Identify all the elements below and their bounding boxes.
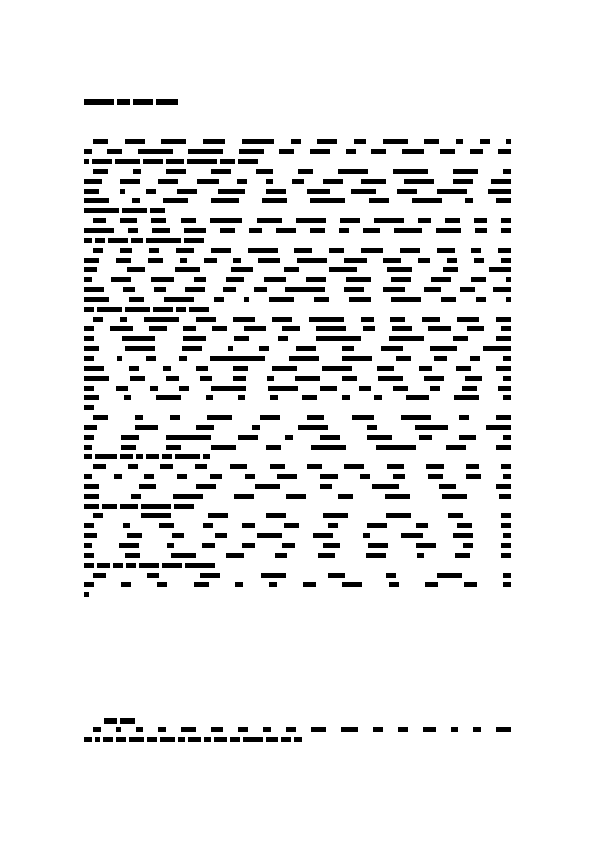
greeked-word	[189, 307, 209, 312]
greeked-word	[338, 169, 368, 174]
greeked-word	[136, 454, 144, 459]
text-line	[84, 157, 511, 167]
greeked-word	[120, 189, 125, 194]
greeked-word	[474, 258, 484, 263]
greeked-word	[269, 297, 294, 302]
greeked-word	[430, 346, 458, 351]
greeked-word	[252, 425, 260, 430]
greeked-word	[323, 513, 348, 518]
greeked-word	[270, 464, 285, 469]
greeked-word	[180, 258, 188, 263]
greeked-word	[84, 386, 94, 391]
greeked-word	[120, 248, 133, 253]
text-line	[84, 501, 511, 511]
greeked-word	[446, 445, 466, 450]
greeked-word	[184, 228, 207, 233]
greeked-word	[442, 494, 467, 499]
body-paragraph: [illegible paragraph 1]	[84, 137, 511, 167]
greeked-word	[372, 484, 400, 489]
greeked-word	[188, 737, 201, 742]
greeked-word	[359, 386, 372, 391]
greeked-word	[218, 189, 246, 194]
greeked-word	[84, 326, 94, 331]
greeked-word	[242, 543, 255, 548]
notes-paragraph: [illegible notes paragraph]	[84, 725, 511, 745]
greeked-word	[471, 277, 486, 282]
greeked-word	[473, 727, 481, 732]
greeked-word	[163, 198, 188, 203]
greeked-word	[84, 563, 94, 568]
greeked-word	[84, 366, 104, 371]
greeked-word	[160, 737, 175, 742]
greeked-word	[342, 582, 362, 587]
greeked-word	[211, 248, 231, 253]
greeked-word	[160, 464, 173, 469]
greeked-word	[424, 139, 439, 144]
greeked-word	[286, 727, 296, 732]
greeked-word	[289, 356, 319, 361]
greeked-word	[398, 727, 408, 732]
greeked-word	[313, 533, 333, 538]
greeked-word	[242, 523, 255, 528]
greeked-word	[436, 228, 461, 233]
greeked-word	[298, 425, 328, 430]
greeked-word	[249, 228, 262, 233]
greeked-word	[123, 523, 131, 528]
greeked-word	[237, 179, 247, 184]
greeked-word	[451, 727, 459, 732]
greeked-word	[84, 553, 94, 558]
greeked-word	[376, 445, 416, 450]
greeked-word	[183, 326, 196, 331]
greeked-word	[453, 169, 478, 174]
greeked-word	[181, 218, 196, 223]
greeked-word	[84, 267, 97, 272]
greeked-word	[230, 464, 248, 469]
greeked-word	[170, 415, 180, 420]
greeked-word	[371, 149, 386, 154]
greeked-word	[220, 159, 235, 164]
greeked-word	[501, 258, 511, 263]
greeked-word	[95, 454, 118, 459]
greeked-word	[439, 484, 457, 489]
greeked-word	[373, 727, 383, 732]
greeked-word	[275, 553, 288, 558]
greeked-word	[486, 425, 511, 430]
greeked-word	[498, 386, 511, 391]
greeked-word	[311, 727, 326, 732]
greeked-word	[149, 248, 159, 253]
greeked-word	[158, 727, 166, 732]
greeked-word	[501, 464, 511, 469]
greeked-word	[296, 346, 316, 351]
greeked-word	[506, 139, 511, 144]
greeked-word	[491, 179, 511, 184]
text-line	[84, 560, 511, 570]
greeked-word	[130, 376, 145, 381]
text-line	[84, 521, 511, 531]
greeked-word	[470, 356, 480, 361]
greeked-word	[162, 563, 182, 568]
greeked-word	[128, 464, 138, 469]
greeked-word	[175, 454, 200, 459]
greeked-word	[390, 317, 405, 322]
greeked-word	[211, 386, 246, 391]
text-line	[84, 590, 511, 600]
greeked-word	[272, 366, 297, 371]
greeked-word	[503, 376, 511, 381]
greeked-word	[266, 189, 286, 194]
greeked-word	[393, 169, 428, 174]
greeked-word	[455, 553, 470, 558]
greeked-word	[296, 218, 326, 223]
greeked-word	[338, 494, 353, 499]
greeked-word	[147, 573, 160, 578]
greeked-word	[233, 317, 256, 322]
greeked-word	[202, 543, 215, 548]
greeked-word	[431, 277, 451, 282]
greeked-word	[294, 248, 312, 253]
greeked-word	[181, 727, 196, 732]
greeked-word	[294, 737, 302, 742]
greeked-word	[344, 258, 367, 263]
greeked-word	[104, 718, 117, 724]
greeked-word	[248, 248, 278, 253]
greeked-word	[424, 376, 444, 381]
greeked-word	[499, 494, 512, 499]
greeked-word	[322, 366, 352, 371]
greeked-word	[125, 346, 155, 351]
greeked-word	[138, 149, 173, 154]
greeked-word	[84, 435, 94, 440]
greeked-word	[116, 386, 129, 391]
greeked-word	[361, 317, 374, 322]
greeked-word	[146, 189, 156, 194]
greeked-word	[456, 366, 471, 371]
greeked-word	[474, 218, 487, 223]
greeked-word	[147, 737, 157, 742]
greeked-word	[501, 513, 511, 518]
greeked-word	[172, 533, 185, 538]
greeked-word	[496, 198, 511, 203]
greeked-word	[363, 228, 381, 233]
greeked-word	[378, 376, 403, 381]
greeked-word	[93, 317, 103, 322]
greeked-word	[177, 474, 187, 479]
greeked-word	[143, 159, 163, 164]
greeked-word	[425, 582, 438, 587]
greeked-word	[453, 336, 468, 341]
greeked-word	[239, 149, 264, 154]
text-line	[84, 167, 511, 177]
greeked-word	[363, 533, 371, 538]
text-line	[84, 735, 511, 745]
text-line	[84, 324, 511, 334]
greeked-word	[311, 445, 346, 450]
greeked-word	[116, 258, 131, 263]
greeked-word	[361, 179, 386, 184]
greeked-word	[175, 267, 200, 272]
text-line	[84, 442, 511, 452]
greeked-word	[263, 727, 271, 732]
greeked-word	[103, 737, 113, 742]
greeked-word	[320, 386, 338, 391]
greeked-word	[184, 238, 204, 243]
greeked-word	[340, 218, 360, 223]
greeked-word	[298, 169, 313, 174]
greeked-word	[84, 405, 94, 410]
greeked-word	[233, 258, 241, 263]
greeked-word	[242, 139, 275, 144]
greeked-word	[266, 513, 286, 518]
greeked-word	[266, 179, 274, 184]
greeked-word	[501, 523, 511, 528]
greeked-word	[133, 99, 153, 105]
greeked-word	[226, 277, 244, 282]
greeked-word	[416, 523, 429, 528]
greeked-word	[303, 582, 316, 587]
greeked-word	[95, 238, 105, 243]
greeked-word	[187, 159, 217, 164]
greeked-word	[318, 553, 336, 558]
greeked-word	[342, 395, 350, 400]
greeked-word	[480, 139, 490, 144]
greeked-word	[437, 189, 467, 194]
greeked-word	[354, 139, 367, 144]
text-line	[84, 275, 511, 285]
greeked-word	[111, 277, 131, 282]
greeked-word	[84, 592, 89, 597]
greeked-word	[316, 336, 361, 341]
greeked-word	[428, 326, 451, 331]
greeked-word	[84, 238, 92, 243]
greeked-word	[150, 208, 165, 213]
greeked-word	[387, 464, 405, 469]
greeked-word	[196, 484, 216, 489]
greeked-word	[157, 582, 167, 587]
greeked-word	[139, 484, 157, 489]
greeked-word	[178, 737, 186, 742]
greeked-word	[93, 169, 108, 174]
greeked-word	[454, 395, 479, 400]
greeked-word	[113, 563, 123, 568]
greeked-word	[122, 336, 155, 341]
greeked-word	[123, 287, 136, 292]
greeked-word	[476, 297, 486, 302]
greeked-word	[166, 376, 179, 381]
greeked-word	[148, 258, 163, 263]
greeked-word	[466, 474, 481, 479]
greeked-word	[366, 553, 386, 558]
greeked-word	[295, 376, 320, 381]
greeked-word	[136, 727, 144, 732]
greeked-word	[84, 159, 89, 164]
greeked-word	[84, 425, 97, 430]
greeked-word	[171, 553, 196, 558]
greeked-word	[284, 267, 299, 272]
greeked-word	[146, 238, 181, 243]
greeked-word	[235, 582, 243, 587]
greeked-word	[124, 395, 132, 400]
text-line	[84, 265, 511, 275]
greeked-word	[84, 543, 92, 548]
greeked-word	[501, 553, 511, 558]
body-paragraph: [illegible paragraph 5]	[84, 314, 511, 412]
greeked-word	[146, 356, 156, 361]
greeked-word	[129, 297, 144, 302]
text-line	[84, 354, 511, 364]
text-line	[84, 285, 511, 295]
greeked-word	[291, 139, 301, 144]
greeked-word	[368, 543, 388, 548]
greeked-word	[314, 297, 329, 302]
greeked-word	[196, 366, 209, 371]
greeked-word	[102, 504, 117, 509]
greeked-word	[415, 425, 448, 430]
greeked-word	[412, 198, 442, 203]
greeked-word	[255, 484, 280, 489]
greeked-word	[453, 533, 473, 538]
greeked-word	[392, 326, 412, 331]
greeked-word	[262, 198, 287, 203]
greeked-word	[426, 464, 444, 469]
text-line	[84, 541, 511, 551]
greeked-word	[310, 228, 325, 233]
greeked-word	[447, 258, 457, 263]
greeked-word	[238, 159, 258, 164]
greeked-word	[166, 435, 211, 440]
greeked-word	[268, 386, 298, 391]
greeked-word	[503, 474, 511, 479]
greeked-word	[266, 737, 279, 742]
greeked-word	[257, 218, 282, 223]
greeked-word	[208, 513, 228, 518]
text-line	[84, 255, 511, 265]
greeked-word	[84, 523, 94, 528]
greeked-word	[231, 267, 254, 272]
greeked-word	[107, 149, 122, 154]
greeked-word	[456, 139, 464, 144]
greeked-word	[156, 99, 179, 105]
greeked-word	[374, 218, 404, 223]
greeked-word	[93, 464, 106, 469]
greeked-word	[267, 376, 275, 381]
greeked-word	[176, 307, 186, 312]
text-line	[84, 432, 511, 442]
greeked-word	[496, 445, 511, 450]
greeked-word	[84, 484, 99, 489]
greeked-word	[462, 386, 477, 391]
body-paragraph: [illegible paragraph 2]	[84, 167, 511, 216]
greeked-word	[125, 553, 140, 558]
text-line	[84, 216, 511, 226]
greeked-word	[422, 317, 440, 322]
greeked-word	[144, 317, 179, 322]
text-line	[84, 482, 511, 492]
greeked-word	[317, 139, 337, 144]
greeked-word	[84, 179, 102, 184]
greeked-word	[254, 287, 267, 292]
greeked-word	[84, 297, 109, 302]
greeked-word	[158, 179, 178, 184]
greeked-word	[127, 267, 145, 272]
greeked-word	[498, 149, 511, 154]
greeked-word	[211, 727, 224, 732]
text-line	[84, 206, 511, 216]
greeked-word	[121, 582, 131, 587]
greeked-word	[210, 356, 265, 361]
greeked-word	[329, 248, 344, 253]
body-paragraph: [illegible paragraph 6]	[84, 413, 511, 462]
greeked-word	[302, 395, 317, 400]
greeked-word	[84, 445, 92, 450]
greeked-word	[183, 336, 206, 341]
greeked-word	[277, 474, 297, 479]
greeked-word	[150, 386, 158, 391]
greeked-word	[385, 494, 410, 499]
greeked-word	[346, 149, 356, 154]
greeked-word	[207, 415, 232, 420]
greeked-word	[129, 366, 139, 371]
greeked-word	[416, 543, 436, 548]
greeked-word	[383, 287, 406, 292]
greeked-word	[351, 189, 376, 194]
greeked-word	[418, 218, 431, 223]
greeked-word	[196, 317, 216, 322]
text-line	[84, 334, 511, 344]
greeked-word	[210, 474, 223, 479]
greeked-word	[122, 208, 147, 213]
greeked-word	[93, 139, 108, 144]
greeked-word	[367, 435, 392, 440]
greeked-word	[323, 543, 341, 548]
text-line	[84, 422, 511, 432]
greeked-word	[149, 326, 167, 331]
greeked-word	[214, 737, 227, 742]
greeked-word	[244, 297, 249, 302]
greeked-word	[401, 415, 431, 420]
greeked-word	[93, 573, 106, 578]
greeked-word	[212, 326, 227, 331]
greeked-word	[259, 346, 269, 351]
greeked-word	[84, 474, 92, 479]
greeked-word	[131, 494, 141, 499]
greeked-word	[270, 395, 278, 400]
greeked-word	[278, 336, 288, 341]
text-line	[84, 176, 511, 186]
greeked-word	[434, 356, 447, 361]
greeked-word	[144, 474, 154, 479]
greeked-word	[211, 169, 231, 174]
text-line	[84, 363, 511, 373]
notes-heading: [illegible subheading]	[84, 716, 511, 725]
text-line	[84, 295, 511, 305]
greeked-word	[386, 513, 411, 518]
greeked-word	[463, 543, 473, 548]
greeked-word	[162, 454, 172, 459]
greeked-word	[465, 376, 483, 381]
greeked-word	[501, 543, 511, 548]
greeked-word	[114, 474, 122, 479]
greeked-word	[120, 454, 133, 459]
greeked-word	[383, 139, 408, 144]
greeked-word	[135, 425, 158, 430]
greeked-word	[496, 336, 511, 341]
greeked-word	[272, 317, 292, 322]
greeked-word	[498, 248, 511, 253]
greeked-word	[116, 737, 126, 742]
greeked-word	[133, 169, 141, 174]
